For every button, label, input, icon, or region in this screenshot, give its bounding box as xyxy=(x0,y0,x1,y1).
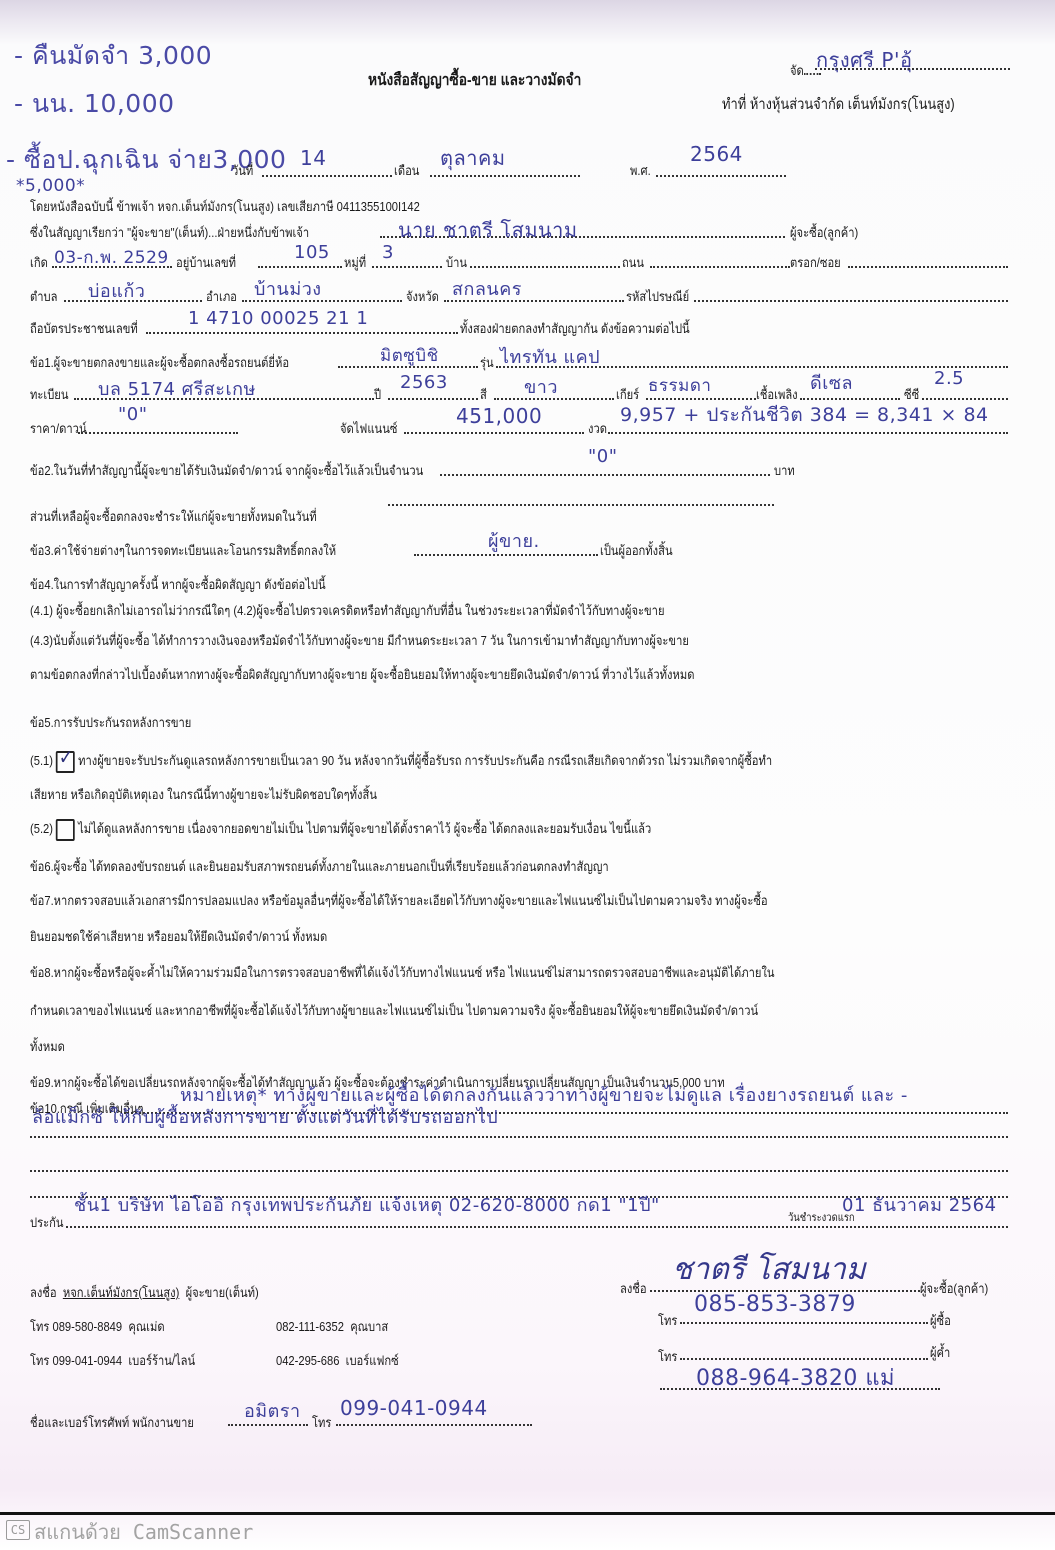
year-value: 2564 xyxy=(690,142,743,166)
clause-5-1b: เสียหาย หรือเกิดอุบัติเหตุเอง ในกรณีนี้ท… xyxy=(30,784,377,805)
clause-5-1-text: ทางผู้ขายจะรับประกันดูแลรถหลังการขายเป็น… xyxy=(78,753,772,768)
clause-2-value: "0" xyxy=(588,446,618,467)
vehicle-price: "0" xyxy=(118,404,148,425)
clause-5: ข้อ5.การรับประกันรถหลังการขาย xyxy=(30,712,191,733)
clause-4-3: (4.3)นับตั้งแต่วันที่ผู้จะซื้อ ได้ทำการว… xyxy=(30,630,689,651)
buyer-name: นาย ชาตรี โสมนาม xyxy=(398,214,578,246)
seller-role: ผู้จะขาย(เต็นท์) xyxy=(186,1285,259,1300)
clause-5-2-row: (5.2) ไม่ได้ดูแลหลังการขาย เนื่องจากยอดข… xyxy=(30,818,651,841)
clause-5-1-row: (5.1) ✓ ทางผู้ขายจะรับประกันดูแลรถหลังกา… xyxy=(30,750,772,773)
clause-8c: ทั้งหมด xyxy=(30,1036,65,1057)
installment-label: งวด xyxy=(588,418,607,439)
amphoe-value: บ้านม่วง xyxy=(254,274,322,303)
seller-phone-1: โทร 089-580-8849 คุณเม่ด xyxy=(30,1316,165,1337)
model-label: รุ่น xyxy=(480,352,494,373)
buyer-phone: 085-853-3879 xyxy=(694,1292,856,1317)
postal-label: รหัสไปรษณีย์ xyxy=(626,286,689,307)
house-value: 105 xyxy=(294,242,330,263)
sales-name: อมิตรา xyxy=(244,1396,301,1425)
clause1-label: ข้อ1.ผู้จะขายตกลงขายและผู้จะซื้อตกลงซื้อ… xyxy=(30,352,289,373)
vehicle-year: 2563 xyxy=(400,372,448,393)
clause-10-note-line2: ล้อแม็กซ์ ให้กับผู้ซื้อหลังการขาย ตั้งแต… xyxy=(32,1102,498,1131)
clause-4-end: ตามข้อตกลงที่กล่าวไปเบื้องต้นหากทางผู้จะ… xyxy=(30,664,694,685)
vehicle-model: ไทรทัน แคป xyxy=(500,342,600,371)
clause-5-2-checkbox[interactable] xyxy=(56,819,75,841)
seller-signature-row: ลงชื่อ หจก.เต็นท์มังกร(โนนสูง) ผู้จะขาย(… xyxy=(30,1282,259,1303)
amphoe-label: อำเภอ xyxy=(206,286,237,307)
annotation-total: *5,000* xyxy=(16,176,85,196)
vehicle-gear: ธรรมดา xyxy=(648,372,711,399)
guarantor-phone-label: โทร xyxy=(658,1346,677,1367)
clause-7: ข้อ7.หากตรวจสอบแล้วเอกสารมีการปลอมแปลง ห… xyxy=(30,890,768,911)
province-value: สกลนคร xyxy=(452,274,522,303)
moo-value: 3 xyxy=(382,242,394,263)
seller-phone-4: 042-295-686 เบอร์แฟกซ์ xyxy=(276,1350,399,1371)
clause-6: ข้อ6.ผู้จะซื้อ ได้ทดลองขับรถยนต์ และยินย… xyxy=(30,856,609,877)
insurance-label: ประกัน xyxy=(30,1212,64,1233)
vehicle-year-label: ปี xyxy=(374,384,381,405)
seller-phone-2: 082-111-6352 คุณบาส xyxy=(276,1316,388,1337)
month-value: ตุลาคม xyxy=(440,142,506,174)
clause-3-suffix: เป็นผู้ออกทั้งสิ้น xyxy=(600,540,673,561)
id-value: 1 4710 00025 21 1 xyxy=(188,308,368,329)
annotation-weight: - นน. 10,000 xyxy=(14,84,175,124)
clause-5-1-label: (5.1) xyxy=(30,753,53,768)
guarantor-phone-suffix: ผู้ค้ำ xyxy=(930,1342,950,1363)
clause-3-value: ผู้ขาย. xyxy=(488,526,540,555)
vehicle-plate: บล 5174 ศรีสะเกษ xyxy=(98,374,256,403)
buyer-signature: ชาตรี โสมนาม xyxy=(672,1246,866,1293)
buyer-phone-label: โทร xyxy=(658,1310,677,1331)
arranged-label: จัด xyxy=(790,63,804,78)
road-label: ถนน xyxy=(622,252,644,273)
moo-label: หมู่ที่ xyxy=(344,252,366,273)
color-label: สี xyxy=(480,384,487,405)
buyer-suffix: ผู้จะซื้อ(ลูกค้า) xyxy=(790,222,858,243)
province-label: จังหวัด xyxy=(406,286,439,307)
seller-sign-label: ลงชื่อ xyxy=(30,1285,57,1300)
vehicle-finance: 451,000 xyxy=(456,404,542,428)
clause-5-2-label: (5.2) xyxy=(30,821,53,836)
scan-edge xyxy=(0,1512,1055,1515)
sales-phone-label: โทร xyxy=(312,1412,331,1433)
born-label: เกิด xyxy=(30,252,48,273)
guarantor-phone: 088-964-3820 แม่ xyxy=(696,1360,895,1395)
buyer-sign-label: ลงชื่อ xyxy=(620,1278,647,1299)
camscanner-watermark: สแกนด้วย CamScanner xyxy=(34,1516,253,1548)
clause-8b: กำหนดเวลาของไฟแนนซ์ และหากอาชีพที่ผู้จะซ… xyxy=(30,1000,758,1021)
document-title: หนังสือสัญญาซื้อ-ขาย และวางมัดจำ xyxy=(368,68,581,93)
id-suffix: ทั้งสองฝ่ายตกลงทำสัญญากัน ดังข้อความต่อไ… xyxy=(460,318,690,339)
arranged-value: กรุงศรี P'อุ้ xyxy=(816,44,912,76)
clause-5-1-checkbox[interactable]: ✓ xyxy=(56,751,75,773)
house-label: อยู่บ้านเลขที่ xyxy=(176,252,236,273)
vehicle-installment: 9,957 + ประกันชีวิต 384 = 8,341 × 84 xyxy=(620,400,989,430)
price-label: ราคา/ดาวน์ xyxy=(30,418,87,439)
month-label: เดือน xyxy=(394,160,419,181)
intro-text: โดยหนังสือฉบับนี้ ข้าพเจ้า หจก.เต็นท์มัง… xyxy=(30,196,420,217)
checkmark-icon: ✓ xyxy=(59,745,73,770)
clause-2-unit: บาท xyxy=(774,460,795,481)
clause-2: ข้อ2.ในวันที่ทำสัญญานี้ผู้จะขายได้รับเงิ… xyxy=(30,460,423,481)
insurance-value: ชั้น1 บริษัท ไอโออิ กรุงเทพประกันภัย แจ้… xyxy=(74,1190,660,1219)
id-label: ถือบัตรประชาชนเลขที่ xyxy=(30,318,138,339)
day-label: วันที่ xyxy=(232,160,253,181)
buyer-phone-suffix: ผู้ซื้อ xyxy=(930,1310,951,1331)
clause-3: ข้อ3.ค่าใช้จ่ายต่างๆในการจดทะเบียนและโอน… xyxy=(30,540,336,561)
tambon-value: บ่อแก้ว xyxy=(88,276,145,305)
clause-4: ข้อ4.ในการทำสัญญาครั้งนี้ หากผู้จะซื้อผิ… xyxy=(30,574,326,595)
clause-5-2-text: ไม่ได้ดูแลหลังการขาย เนื่องจากยอดขายไม่เ… xyxy=(78,821,651,836)
sales-label: ชื่อและเบอร์โทรศัพท์ พนักงานขาย xyxy=(30,1412,194,1433)
village-label: บ้าน xyxy=(446,252,467,273)
vehicle-cc: 2.5 xyxy=(934,368,964,389)
buyer-role: ผู้จะซื้อ(ลูกค้า) xyxy=(920,1278,988,1299)
made-at: ทำที่ ห้างหุ้นส่วนจำกัด เต็นท์มังกร(โนนส… xyxy=(722,92,955,116)
seller-name: หจก.เต็นท์มังกร(โนนสูง) xyxy=(63,1285,180,1300)
sales-phone: 099-041-0944 xyxy=(340,1396,488,1420)
plate-label: ทะเบียน xyxy=(30,384,68,405)
clause-4-1: (4.1) ผู้จะซื้อยกเลิกไม่เอารถไม่ว่ากรณีใ… xyxy=(30,600,665,621)
clause-8: ข้อ8.หากผู้จะซื้อหรือผู้จะค้ำไม่ให้ความร… xyxy=(30,962,775,983)
vehicle-color: ขาว xyxy=(524,372,558,401)
seller-phone-3: โทร 099-041-0944 เบอร์ร้าน/ไลน์ xyxy=(30,1350,195,1371)
annotation-deposit-refund: - คืนมัดจำ 3,000 xyxy=(14,36,212,76)
finance-label: จัดไฟแนนซ์ xyxy=(340,418,397,439)
vehicle-brand: มิตซูบิชิ xyxy=(380,342,439,369)
vehicle-fuel: ดีเซล xyxy=(810,368,853,397)
seller-label: ซึ่งในสัญญาเรียกว่า "ผู้จะขาย"(เต็นท์)..… xyxy=(30,222,309,243)
tambon-label: ตำบล xyxy=(30,286,57,307)
year-label: พ.ศ. xyxy=(630,160,651,181)
first-payment-date: 01 ธันวาคม 2564 xyxy=(842,1190,997,1219)
born-value: 03-ก.พ. 2529 xyxy=(54,244,169,271)
camscanner-logo-icon: CS xyxy=(6,1520,30,1540)
soi-label: ตรอก/ซอย xyxy=(790,252,841,273)
day-value: 14 xyxy=(300,146,326,170)
clause-2b: ส่วนที่เหลือผู้จะซื้อตกลงจะชำระให้แก่ผู้… xyxy=(30,506,317,527)
clause-7b: ยินยอมชดใช้ค่าเสียหาย หรือยอมให้ยึดเงินม… xyxy=(30,926,327,947)
